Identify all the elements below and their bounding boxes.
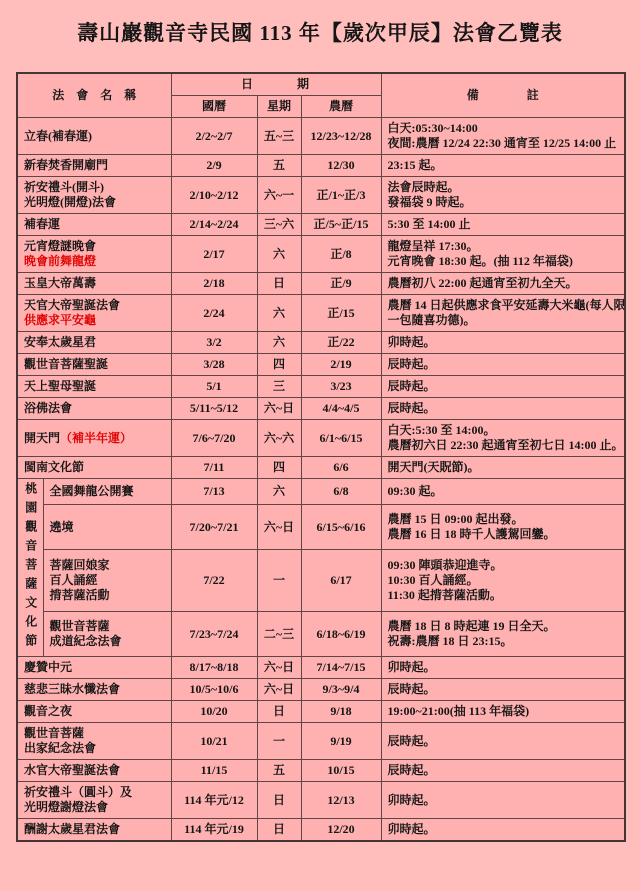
event-name-cell: 新春焚香開廟門 xyxy=(17,155,171,177)
remark-line: 卯時起。 xyxy=(388,822,619,837)
event-name-highlight: （補半年運） xyxy=(60,431,132,445)
remark-cell: 5:30 至 14:00 止 xyxy=(381,214,625,236)
weekday-cell: 三~六 xyxy=(257,214,301,236)
event-row: 浴佛法會5/11~5/12六~日4/4~4/5辰時起。 xyxy=(17,398,625,420)
event-row: 遶境7/20~7/21六~日6/15~6/16農曆 15 日 09:00 起出發… xyxy=(17,505,625,550)
event-name-text: 祈安禮斗（圓斗）及 xyxy=(24,785,132,799)
gregorian-date-cell: 7/11 xyxy=(171,457,257,479)
event-name-text: 水官大帝聖誕法會 xyxy=(24,763,120,777)
remark-line: 辰時起。 xyxy=(388,734,619,749)
event-name-line: 全國舞龍公開賽 xyxy=(50,484,165,499)
event-name-highlight: 晚會前舞龍燈 xyxy=(24,254,96,268)
lunar-date-cell: 6/15~6/16 xyxy=(301,505,381,550)
event-name-text: 浴佛法會 xyxy=(24,401,72,415)
event-row: 天官大帝聖誕法會供應求平安龜2/24六正/15農曆 14 日起供應求食平安延壽大… xyxy=(17,295,625,332)
event-name-line: 元宵燈謎晚會 xyxy=(24,239,165,254)
lunar-date-cell: 9/19 xyxy=(301,723,381,760)
event-name-text: 觀世音菩薩 xyxy=(50,619,110,633)
gregorian-date-cell: 7/20~7/21 xyxy=(171,505,257,550)
remark-line: 辰時起。 xyxy=(388,763,619,778)
gregorian-date-cell: 2/24 xyxy=(171,295,257,332)
remark-cell: 開天門(天貺節)。 xyxy=(381,457,625,479)
remark-cell: 辰時起。 xyxy=(381,723,625,760)
event-name-line: 慈悲三昧水懺法會 xyxy=(24,682,165,697)
event-row: 開天門（補半年運）7/6~7/20六~六6/1~6/15白天:5:30 至 14… xyxy=(17,420,625,457)
weekday-cell: 五 xyxy=(257,760,301,782)
lunar-date-cell: 6/18~6/19 xyxy=(301,612,381,657)
gregorian-date-cell: 5/11~5/12 xyxy=(171,398,257,420)
event-name-text: 祈安禮斗(開斗) xyxy=(24,180,104,194)
lunar-date-cell: 正/15 xyxy=(301,295,381,332)
lunar-date-cell: 12/30 xyxy=(301,155,381,177)
lunar-date-cell: 10/15 xyxy=(301,760,381,782)
gregorian-date-cell: 2/17 xyxy=(171,236,257,273)
event-name-text: 補春運 xyxy=(24,217,60,231)
header-row-1: 法 會 名 稱 日 期 備 註 xyxy=(17,73,625,96)
remark-line: 卯時起。 xyxy=(388,335,619,350)
event-row: 觀世音菩薩出家紀念法會10/21一9/19辰時起。 xyxy=(17,723,625,760)
event-name-text: 閩南文化節 xyxy=(24,460,84,474)
event-name-line: 天官大帝聖誕法會 xyxy=(24,298,165,313)
event-name-cell: 酬謝太歲星君法會 xyxy=(17,819,171,842)
remark-line: 卯時起。 xyxy=(388,793,619,808)
event-name-text: 全國舞龍公開賽 xyxy=(50,484,134,498)
lunar-date-cell: 3/23 xyxy=(301,376,381,398)
event-name-cell: 觀世音菩薩成道紀念法會 xyxy=(43,612,171,657)
event-name-cell: 祈安禮斗(開斗)光明燈(開燈)法會 xyxy=(17,177,171,214)
remark-cell: 白天:05:30~14:00夜間:農曆 12/24 22:30 通宵至 12/2… xyxy=(381,118,625,155)
event-row: 立春(補春運)2/2~2/7五~三12/23~12/28白天:05:30~14:… xyxy=(17,118,625,155)
remark-line: 11:30 起揹菩薩活動。 xyxy=(388,588,619,603)
event-name-line: 觀音之夜 xyxy=(24,704,165,719)
event-row: 祈安禮斗（圓斗）及光明燈謝燈法會114 年元/12日12/13卯時起。 xyxy=(17,782,625,819)
event-name-cell: 浴佛法會 xyxy=(17,398,171,420)
event-name-line: 酬謝太歲星君法會 xyxy=(24,822,165,837)
event-name-line: 觀世音菩薩 xyxy=(50,619,165,634)
remark-line: 發福袋 9 時起。 xyxy=(388,195,619,210)
event-row: 觀音之夜10/20日9/1819:00~21:00(抽 113 年福袋) xyxy=(17,701,625,723)
remark-cell: 卯時起。 xyxy=(381,657,625,679)
remark-cell: 23:15 起。 xyxy=(381,155,625,177)
remark-line: 辰時起。 xyxy=(388,379,619,394)
remark-line: 農曆初六日 22:30 起通宵至初七日 14:00 止。 xyxy=(388,438,619,453)
remark-line: 元宵晚會 18:30 起。(抽 112 年福袋) xyxy=(388,254,619,269)
remark-cell: 19:00~21:00(抽 113 年福袋) xyxy=(381,701,625,723)
event-rows: 立春(補春運)2/2~2/7五~三12/23~12/28白天:05:30~14:… xyxy=(17,118,625,842)
event-name-line: 揹菩薩活動 xyxy=(50,588,165,603)
gregorian-date-cell: 2/18 xyxy=(171,273,257,295)
event-name-line: 晚會前舞龍燈 xyxy=(24,254,165,269)
weekday-cell: 六 xyxy=(257,332,301,354)
lunar-date-cell: 4/4~4/5 xyxy=(301,398,381,420)
event-name-line: 水官大帝聖誕法會 xyxy=(24,763,165,778)
event-row: 天上聖母聖誕5/1三3/23辰時起。 xyxy=(17,376,625,398)
remark-cell: 白天:5:30 至 14:00。農曆初六日 22:30 起通宵至初七日 14:0… xyxy=(381,420,625,457)
event-name-cell: 補春運 xyxy=(17,214,171,236)
lunar-date-cell: 7/14~7/15 xyxy=(301,657,381,679)
event-name-text: 百人誦經 xyxy=(50,573,98,587)
gregorian-date-cell: 8/17~8/18 xyxy=(171,657,257,679)
remark-cell: 龍燈呈祥 17:30。元宵晚會 18:30 起。(抽 112 年福袋) xyxy=(381,236,625,273)
event-row: 觀世音菩薩聖誕3/28四2/19辰時起。 xyxy=(17,354,625,376)
weekday-cell: 日 xyxy=(257,273,301,295)
remark-line: 白天:05:30~14:00 xyxy=(388,121,619,136)
remark-cell: 卯時起。 xyxy=(381,332,625,354)
gregorian-date-cell: 2/9 xyxy=(171,155,257,177)
event-name-line: 閩南文化節 xyxy=(24,460,165,475)
event-name-text: 玉皇大帝萬壽 xyxy=(24,276,96,290)
event-name-cell: 祈安禮斗（圓斗）及光明燈謝燈法會 xyxy=(17,782,171,819)
lunar-date-cell: 9/18 xyxy=(301,701,381,723)
lunar-date-cell: 正/9 xyxy=(301,273,381,295)
event-name-text: 安奉太歲星君 xyxy=(24,335,96,349)
event-name-text: 觀世音菩薩 xyxy=(24,726,84,740)
lunar-date-cell: 正/8 xyxy=(301,236,381,273)
lunar-date-cell: 正/22 xyxy=(301,332,381,354)
event-row: 菩薩回娘家百人誦經揹菩薩活動7/22一6/1709:30 陣頭恭迎進寺。10:3… xyxy=(17,549,625,612)
remark-line: 辰時起。 xyxy=(388,682,619,697)
page: 壽山巖觀音寺民國 113 年【歲次甲辰】法會乙覽表 法 會 名 稱 日 期 備 … xyxy=(0,0,640,891)
event-row: 安奉太歲星君3/2六正/22卯時起。 xyxy=(17,332,625,354)
event-name-text: 立春(補春運) xyxy=(24,129,92,143)
weekday-cell: 六 xyxy=(257,479,301,505)
event-name-line: 玉皇大帝萬壽 xyxy=(24,276,165,291)
event-name-cell: 菩薩回娘家百人誦經揹菩薩活動 xyxy=(43,549,171,612)
event-name-line: 祈安禮斗（圓斗）及 xyxy=(24,785,165,800)
event-name-cell: 玉皇大帝萬壽 xyxy=(17,273,171,295)
event-name-cell: 安奉太歲星君 xyxy=(17,332,171,354)
event-name-cell: 水官大帝聖誕法會 xyxy=(17,760,171,782)
remark-line: 龍燈呈祥 17:30。 xyxy=(388,239,619,254)
event-name-cell: 天上聖母聖誕 xyxy=(17,376,171,398)
remark-cell: 辰時起。 xyxy=(381,679,625,701)
weekday-cell: 日 xyxy=(257,701,301,723)
event-name-cell: 觀世音菩薩出家紀念法會 xyxy=(17,723,171,760)
event-row: 酬謝太歲星君法會114 年元/19日12/20卯時起。 xyxy=(17,819,625,842)
weekday-cell: 四 xyxy=(257,354,301,376)
event-name-cell: 元宵燈謎晚會晚會前舞龍燈 xyxy=(17,236,171,273)
event-name-line: 天上聖母聖誕 xyxy=(24,379,165,394)
weekday-cell: 六~日 xyxy=(257,398,301,420)
gregorian-date-cell: 10/5~10/6 xyxy=(171,679,257,701)
event-name-line: 補春運 xyxy=(24,217,165,232)
remark-cell: 農曆初八 22:00 起通宵至初九全天。 xyxy=(381,273,625,295)
gregorian-date-cell: 7/23~7/24 xyxy=(171,612,257,657)
event-name-line: 成道紀念法會 xyxy=(50,634,165,649)
event-name-line: 光明燈(開燈)法會 xyxy=(24,195,165,210)
event-row: 慈悲三昧水懺法會10/5~10/6六~日9/3~9/4辰時起。 xyxy=(17,679,625,701)
weekday-cell: 六~日 xyxy=(257,679,301,701)
gregorian-date-cell: 2/2~2/7 xyxy=(171,118,257,155)
event-name-text: 揹菩薩活動 xyxy=(50,588,110,602)
event-name-line: 百人誦經 xyxy=(50,573,165,588)
lunar-date-cell: 2/19 xyxy=(301,354,381,376)
gregorian-date-cell: 7/13 xyxy=(171,479,257,505)
event-row: 元宵燈謎晚會晚會前舞龍燈2/17六正/8龍燈呈祥 17:30。元宵晚會 18:3… xyxy=(17,236,625,273)
event-name-text: 新春焚香開廟門 xyxy=(24,158,108,172)
weekday-cell: 六 xyxy=(257,236,301,273)
weekday-cell: 五 xyxy=(257,155,301,177)
remark-line: 一包隨喜功德)。 xyxy=(388,313,619,328)
remark-cell: 農曆 18 日 8 時起連 19 日全天。祝壽:農曆 18 日 23:15。 xyxy=(381,612,625,657)
remark-line: 農曆初八 22:00 起通宵至初九全天。 xyxy=(388,276,619,291)
lunar-date-cell: 9/3~9/4 xyxy=(301,679,381,701)
weekday-cell: 二~三 xyxy=(257,612,301,657)
remark-line: 5:30 至 14:00 止 xyxy=(388,217,619,232)
event-row: 玉皇大帝萬壽2/18日正/9農曆初八 22:00 起通宵至初九全天。 xyxy=(17,273,625,295)
header-date-group: 日 期 xyxy=(171,73,381,96)
header-weekday: 星期 xyxy=(257,96,301,118)
header-event-name: 法 會 名 稱 xyxy=(17,73,171,118)
gregorian-date-cell: 10/20 xyxy=(171,701,257,723)
lunar-date-cell: 12/23~12/28 xyxy=(301,118,381,155)
weekday-cell: 三 xyxy=(257,376,301,398)
gregorian-date-cell: 114 年元/19 xyxy=(171,819,257,842)
event-name-line: 觀世音菩薩 xyxy=(24,726,165,741)
weekday-cell: 一 xyxy=(257,723,301,760)
event-row: 閩南文化節7/11四6/6開天門(天貺節)。 xyxy=(17,457,625,479)
gregorian-date-cell: 7/22 xyxy=(171,549,257,612)
event-name-text: 成道紀念法會 xyxy=(50,634,122,648)
event-name-text: 天上聖母聖誕 xyxy=(24,379,96,393)
event-name-line: 菩薩回娘家 xyxy=(50,558,165,573)
event-name-line: 遶境 xyxy=(50,520,165,535)
remark-cell: 農曆 14 日起供應求食平安延壽大米龜(每人限一包隨喜功德)。 xyxy=(381,295,625,332)
event-name-line: 觀世音菩薩聖誕 xyxy=(24,357,165,372)
event-name-text: 光明燈(開燈)法會 xyxy=(24,195,116,209)
event-row: 水官大帝聖誕法會11/15五10/15辰時起。 xyxy=(17,760,625,782)
remark-line: 卯時起。 xyxy=(388,660,619,675)
event-name-highlight: 供應求平安龜 xyxy=(24,313,96,327)
lunar-date-cell: 正/1~正/3 xyxy=(301,177,381,214)
event-name-cell: 閩南文化節 xyxy=(17,457,171,479)
lunar-date-cell: 6/6 xyxy=(301,457,381,479)
event-name-text: 菩薩回娘家 xyxy=(50,558,110,572)
event-name-line: 出家紀念法會 xyxy=(24,741,165,756)
remark-cell: 辰時起。 xyxy=(381,760,625,782)
gregorian-date-cell: 7/6~7/20 xyxy=(171,420,257,457)
weekday-cell: 日 xyxy=(257,819,301,842)
remark-line: 夜間:農曆 12/24 22:30 通宵至 12/25 14:00 止 xyxy=(388,136,619,151)
remark-line: 23:15 起。 xyxy=(388,158,619,173)
event-name-text: 開天門 xyxy=(24,431,60,445)
event-name-cell: 遶境 xyxy=(43,505,171,550)
remark-cell: 09:30 起。 xyxy=(381,479,625,505)
event-name-line: 立春(補春運) xyxy=(24,129,165,144)
weekday-cell: 日 xyxy=(257,782,301,819)
remark-line: 農曆 14 日起供應求食平安延壽大米龜(每人限 xyxy=(388,298,619,313)
event-name-text: 觀音之夜 xyxy=(24,704,72,718)
event-row: 祈安禮斗(開斗)光明燈(開燈)法會2/10~2/12六~一正/1~正/3法會辰時… xyxy=(17,177,625,214)
weekday-cell: 六~日 xyxy=(257,505,301,550)
header-lunar: 農曆 xyxy=(301,96,381,118)
remark-line: 10:30 百人誦經。 xyxy=(388,573,619,588)
gregorian-date-cell: 10/21 xyxy=(171,723,257,760)
header-gregorian: 國曆 xyxy=(171,96,257,118)
lunar-date-cell: 6/1~6/15 xyxy=(301,420,381,457)
event-name-text: 慶贊中元 xyxy=(24,660,72,674)
event-row: 新春焚香開廟門2/9五12/3023:15 起。 xyxy=(17,155,625,177)
weekday-cell: 六~六 xyxy=(257,420,301,457)
page-title: 壽山巖觀音寺民國 113 年【歲次甲辰】法會乙覽表 xyxy=(0,0,640,47)
event-name-text: 酬謝太歲星君法會 xyxy=(24,822,120,836)
event-name-text: 光明燈謝燈法會 xyxy=(24,800,108,814)
event-name-cell: 觀音之夜 xyxy=(17,701,171,723)
gregorian-date-cell: 5/1 xyxy=(171,376,257,398)
event-name-text: 遶境 xyxy=(50,520,74,534)
event-name-cell: 慶贊中元 xyxy=(17,657,171,679)
remark-cell: 法會辰時起。發福袋 9 時起。 xyxy=(381,177,625,214)
lunar-date-cell: 正/5~正/15 xyxy=(301,214,381,236)
event-row: 觀世音菩薩成道紀念法會7/23~7/24二~三6/18~6/19農曆 18 日 … xyxy=(17,612,625,657)
weekday-cell: 五~三 xyxy=(257,118,301,155)
event-name-text: 天官大帝聖誕法會 xyxy=(24,298,120,312)
remark-line: 辰時起。 xyxy=(388,357,619,372)
gregorian-date-cell: 114 年元/12 xyxy=(171,782,257,819)
remark-line: 農曆 16 日 18 時千人護駕回鑾。 xyxy=(388,527,619,542)
weekday-cell: 六~一 xyxy=(257,177,301,214)
remark-line: 09:30 起。 xyxy=(388,484,619,499)
remark-cell: 辰時起。 xyxy=(381,354,625,376)
remark-line: 農曆 15 日 09:00 起出發。 xyxy=(388,512,619,527)
weekday-cell: 四 xyxy=(257,457,301,479)
lunar-date-cell: 6/8 xyxy=(301,479,381,505)
lunar-date-cell: 6/17 xyxy=(301,549,381,612)
gregorian-date-cell: 2/14~2/24 xyxy=(171,214,257,236)
remark-cell: 09:30 陣頭恭迎進寺。10:30 百人誦經。11:30 起揹菩薩活動。 xyxy=(381,549,625,612)
remark-cell: 辰時起。 xyxy=(381,376,625,398)
weekday-cell: 六~日 xyxy=(257,657,301,679)
event-name-line: 新春焚香開廟門 xyxy=(24,158,165,173)
remark-line: 白天:5:30 至 14:00。 xyxy=(388,423,619,438)
lunar-date-cell: 12/13 xyxy=(301,782,381,819)
event-name-cell: 慈悲三昧水懺法會 xyxy=(17,679,171,701)
gregorian-date-cell: 3/2 xyxy=(171,332,257,354)
weekday-cell: 六 xyxy=(257,295,301,332)
event-name-line: 開天門（補半年運） xyxy=(24,431,165,446)
event-name-cell: 立春(補春運) xyxy=(17,118,171,155)
lunar-date-cell: 12/20 xyxy=(301,819,381,842)
remark-cell: 卯時起。 xyxy=(381,819,625,842)
remark-line: 祝壽:農曆 18 日 23:15。 xyxy=(388,634,619,649)
event-name-cell: 全國舞龍公開賽 xyxy=(43,479,171,505)
remark-cell: 辰時起。 xyxy=(381,398,625,420)
remark-line: 19:00~21:00(抽 113 年福袋) xyxy=(388,704,619,719)
event-name-line: 供應求平安龜 xyxy=(24,313,165,328)
event-row: 補春運2/14~2/24三~六正/5~正/155:30 至 14:00 止 xyxy=(17,214,625,236)
event-schedule-table: 法 會 名 稱 日 期 備 註 國曆 星期 農曆 立春(補春運)2/2~2/7五… xyxy=(16,72,626,842)
event-name-text: 慈悲三昧水懺法會 xyxy=(24,682,120,696)
event-row: 桃園觀音菩薩文化節全國舞龍公開賽7/13六6/809:30 起。 xyxy=(17,479,625,505)
event-name-line: 浴佛法會 xyxy=(24,401,165,416)
gregorian-date-cell: 11/15 xyxy=(171,760,257,782)
gregorian-date-cell: 3/28 xyxy=(171,354,257,376)
event-name-text: 出家紀念法會 xyxy=(24,741,96,755)
weekday-cell: 一 xyxy=(257,549,301,612)
remark-line: 09:30 陣頭恭迎進寺。 xyxy=(388,558,619,573)
remark-line: 農曆 18 日 8 時起連 19 日全天。 xyxy=(388,619,619,634)
remark-cell: 卯時起。 xyxy=(381,782,625,819)
event-name-cell: 開天門（補半年運） xyxy=(17,420,171,457)
event-row: 慶贊中元8/17~8/18六~日7/14~7/15卯時起。 xyxy=(17,657,625,679)
event-name-text: 觀世音菩薩聖誕 xyxy=(24,357,108,371)
event-name-text: 元宵燈謎晚會 xyxy=(24,239,96,253)
remark-line: 法會辰時起。 xyxy=(388,180,619,195)
festival-group-label: 桃園觀音菩薩文化節 xyxy=(17,479,43,657)
gregorian-date-cell: 2/10~2/12 xyxy=(171,177,257,214)
event-name-line: 祈安禮斗(開斗) xyxy=(24,180,165,195)
remark-line: 開天門(天貺節)。 xyxy=(388,460,619,475)
event-name-line: 光明燈謝燈法會 xyxy=(24,800,165,815)
event-name-cell: 觀世音菩薩聖誕 xyxy=(17,354,171,376)
remark-line: 辰時起。 xyxy=(388,401,619,416)
event-name-line: 安奉太歲星君 xyxy=(24,335,165,350)
header-remark: 備 註 xyxy=(381,73,625,118)
remark-cell: 農曆 15 日 09:00 起出發。農曆 16 日 18 時千人護駕回鑾。 xyxy=(381,505,625,550)
event-name-line: 慶贊中元 xyxy=(24,660,165,675)
event-name-cell: 天官大帝聖誕法會供應求平安龜 xyxy=(17,295,171,332)
